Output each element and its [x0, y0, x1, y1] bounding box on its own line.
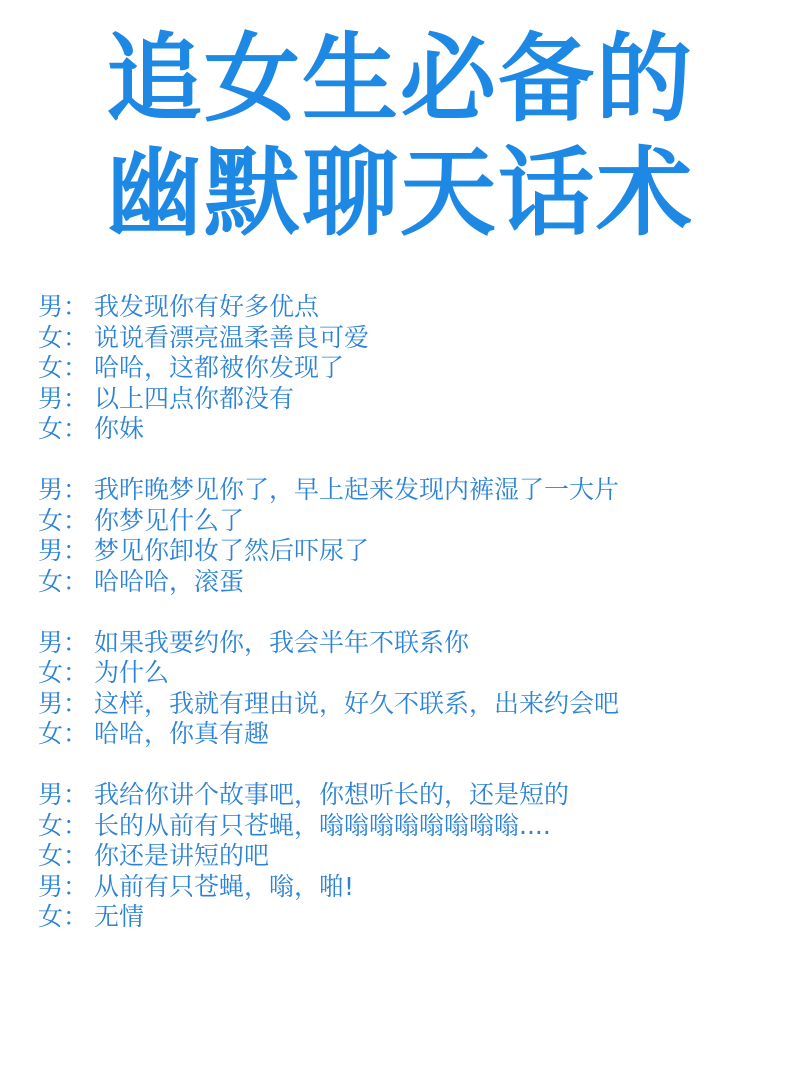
speaker-label: 男： — [38, 292, 94, 323]
speech-text: 你还是讲短的吧 — [94, 841, 269, 872]
dialogue-line: 女： 说说看漂亮温柔善良可爱 — [38, 323, 778, 354]
speaker-label: 男： — [38, 384, 94, 415]
speech-text: 你妹 — [94, 414, 144, 445]
speech-text: 长的从前有只苍蝇，嗡嗡嗡嗡嗡嗡嗡嗡.... — [94, 811, 551, 842]
exchange-2: 男： 我昨晚梦见你了，早上起来发现内裤湿了一大片 女： 你梦见什么了 男： 梦见… — [38, 475, 778, 597]
dialogue-list: 男： 我发现你有好多优点 女： 说说看漂亮温柔善良可爱 女： 哈哈，这都被你发现… — [38, 292, 778, 963]
speaker-label: 女： — [38, 323, 94, 354]
speech-text: 如果我要约你，我会半年不联系你 — [94, 628, 469, 659]
speaker-label: 男： — [38, 780, 94, 811]
speech-text: 为什么 — [94, 658, 169, 689]
dialogue-line: 女： 你妹 — [38, 414, 778, 445]
speech-text: 你梦见什么了 — [94, 506, 244, 537]
speaker-label: 女： — [38, 719, 94, 750]
speech-text: 我昨晚梦见你了，早上起来发现内裤湿了一大片 — [94, 475, 619, 506]
dialogue-line: 女： 长的从前有只苍蝇，嗡嗡嗡嗡嗡嗡嗡嗡.... — [38, 811, 778, 842]
page-title: 追女生必备的 幽默聊天话术 — [0, 22, 800, 250]
dialogue-line: 男： 我发现你有好多优点 — [38, 292, 778, 323]
dialogue-line: 男： 以上四点你都没有 — [38, 384, 778, 415]
speaker-label: 女： — [38, 658, 94, 689]
speaker-label: 男： — [38, 475, 94, 506]
speaker-label: 女： — [38, 902, 94, 933]
dialogue-line: 女： 为什么 — [38, 658, 778, 689]
speaker-label: 女： — [38, 811, 94, 842]
title-line-1: 追女生必备的 — [0, 22, 800, 136]
speaker-label: 女： — [38, 841, 94, 872]
dialogue-line: 男： 这样，我就有理由说，好久不联系，出来约会吧 — [38, 689, 778, 720]
speech-text: 无情 — [94, 902, 144, 933]
speech-text: 梦见你卸妆了然后吓尿了 — [94, 536, 369, 567]
speaker-label: 男： — [38, 872, 94, 903]
speaker-label: 男： — [38, 689, 94, 720]
dialogue-line: 男： 从前有只苍蝇，嗡，啪! — [38, 872, 778, 903]
speech-text: 这样，我就有理由说，好久不联系，出来约会吧 — [94, 689, 619, 720]
dialogue-line: 男： 如果我要约你，我会半年不联系你 — [38, 628, 778, 659]
speaker-label: 女： — [38, 506, 94, 537]
speech-text: 说说看漂亮温柔善良可爱 — [94, 323, 369, 354]
speaker-label: 男： — [38, 536, 94, 567]
dialogue-line: 女： 你梦见什么了 — [38, 506, 778, 537]
dialogue-line: 女： 哈哈，你真有趣 — [38, 719, 778, 750]
exchange-3: 男： 如果我要约你，我会半年不联系你 女： 为什么 男： 这样，我就有理由说，好… — [38, 628, 778, 750]
speaker-label: 男： — [38, 628, 94, 659]
speech-text: 从前有只苍蝇，嗡，啪! — [94, 872, 354, 903]
speaker-label: 女： — [38, 414, 94, 445]
exchange-1: 男： 我发现你有好多优点 女： 说说看漂亮温柔善良可爱 女： 哈哈，这都被你发现… — [38, 292, 778, 445]
dialogue-line: 男： 我昨晚梦见你了，早上起来发现内裤湿了一大片 — [38, 475, 778, 506]
exchange-4: 男： 我给你讲个故事吧，你想听长的，还是短的 女： 长的从前有只苍蝇，嗡嗡嗡嗡嗡… — [38, 780, 778, 933]
dialogue-line: 女： 哈哈哈，滚蛋 — [38, 567, 778, 598]
dialogue-line: 女： 你还是讲短的吧 — [38, 841, 778, 872]
speech-text: 哈哈，这都被你发现了 — [94, 353, 344, 384]
speech-text: 我给你讲个故事吧，你想听长的，还是短的 — [94, 780, 569, 811]
dialogue-line: 女： 无情 — [38, 902, 778, 933]
speech-text: 以上四点你都没有 — [94, 384, 294, 415]
dialogue-line: 男： 我给你讲个故事吧，你想听长的，还是短的 — [38, 780, 778, 811]
speech-text: 哈哈哈，滚蛋 — [94, 567, 244, 598]
speaker-label: 女： — [38, 567, 94, 598]
dialogue-line: 女： 哈哈，这都被你发现了 — [38, 353, 778, 384]
dialogue-line: 男： 梦见你卸妆了然后吓尿了 — [38, 536, 778, 567]
speaker-label: 女： — [38, 353, 94, 384]
title-line-2: 幽默聊天话术 — [0, 136, 800, 250]
speech-text: 哈哈，你真有趣 — [94, 719, 269, 750]
speech-text: 我发现你有好多优点 — [94, 292, 319, 323]
